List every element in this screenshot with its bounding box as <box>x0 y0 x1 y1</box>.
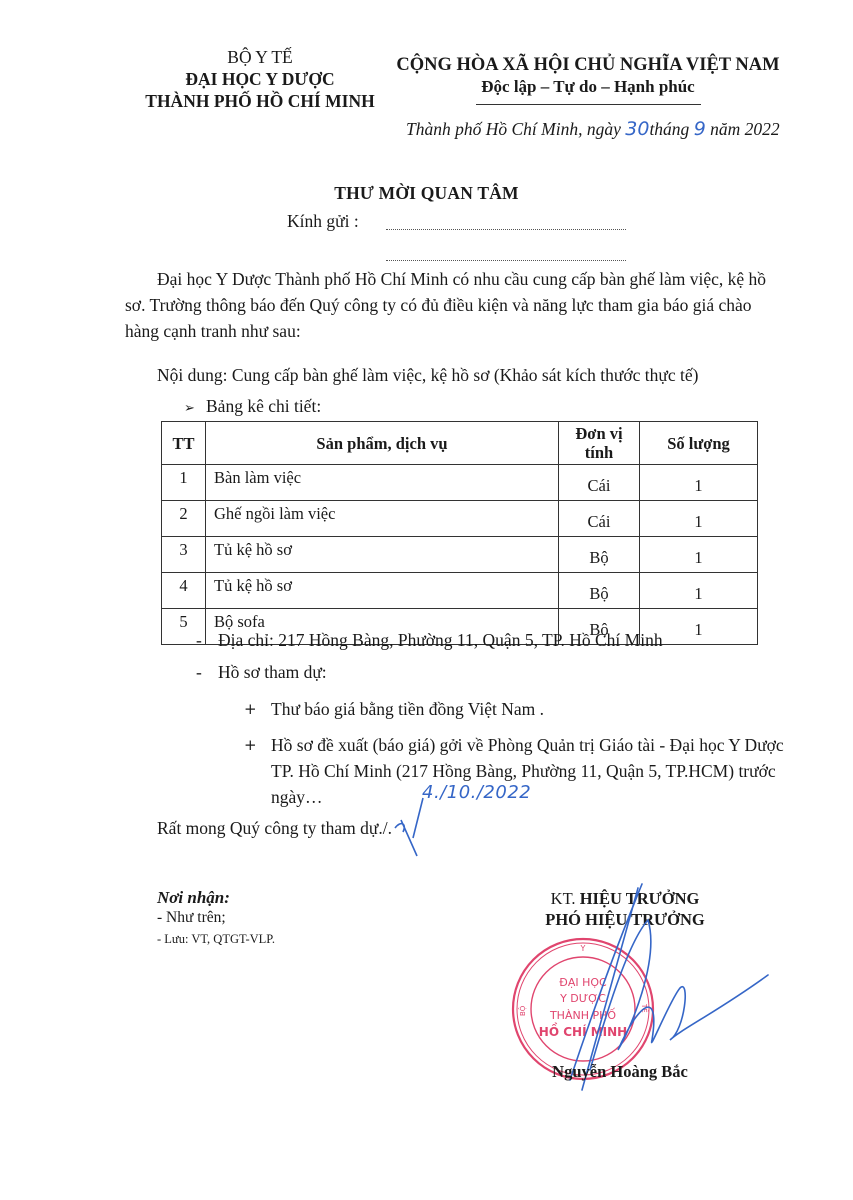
issuing-organization: BỘ Y TẾ ĐẠI HỌC Y DƯỢC THÀNH PHỐ HỒ CHÍ … <box>140 46 380 112</box>
header-tt: TT <box>162 422 206 465</box>
dash-bullet-icon: - <box>196 662 218 683</box>
product-name: Tủ kệ hồ sơ <box>206 573 559 609</box>
table-row: 3Tủ kệ hồ sơBộ1 <box>162 537 758 573</box>
ministry-name: BỘ Y TẾ <box>140 46 380 68</box>
document-sub-item: + Thư báo giá bằng tiền đồng Việt Nam . <box>244 696 784 722</box>
recipients-block: Nơi nhận: - Như trên; - Lưu: VT, QTGT-VL… <box>157 888 275 949</box>
country-name: CỘNG HÒA XÃ HỘI CHỦ NGHĨA VIỆT NAM <box>372 54 804 76</box>
quantity: 1 <box>640 573 758 609</box>
header-quantity: Số lượng <box>640 422 758 465</box>
national-motto: Độc lập – Tự do – Hạnh phúc <box>372 76 804 98</box>
table-row: 4Tủ kệ hồ sơBộ1 <box>162 573 758 609</box>
address-item: -Địa chỉ: 217 Hồng Bàng, Phường 11, Quận… <box>196 630 663 651</box>
recipient-item: - Lưu: VT, QTGT-VLP. <box>157 929 275 949</box>
row-number: 3 <box>162 537 206 573</box>
quantity: 1 <box>640 537 758 573</box>
product-name: Bàn làm việc <box>206 465 559 501</box>
date-line: Thành phố Hồ Chí Minh, ngày 30tháng 9 nă… <box>406 118 780 140</box>
documents-item: -Hồ sơ tham dự: <box>196 662 327 683</box>
unit: Bộ <box>559 573 640 609</box>
table-intro-text: Bảng kê chi tiết: <box>206 396 321 416</box>
initial-mark-icon <box>393 790 443 860</box>
address-text: Địa chỉ: 217 Hồng Bàng, Phường 11, Quận … <box>218 630 663 650</box>
row-number: 4 <box>162 573 206 609</box>
plus-bullet-icon: + <box>244 732 257 758</box>
table-row: 2Ghế ngồi làm việcCái1 <box>162 501 758 537</box>
intro-paragraph: Đại học Y Dược Thành phố Hồ Chí Minh có … <box>125 266 785 344</box>
documents-label: Hồ sơ tham dự: <box>218 662 327 682</box>
month-label: tháng <box>649 119 693 139</box>
recipient-blank-line-1 <box>386 228 626 230</box>
quantity: 1 <box>640 465 758 501</box>
unit: Cái <box>559 465 640 501</box>
table-row: 1Bàn làm việcCái1 <box>162 465 758 501</box>
product-name: Ghế ngồi làm việc <box>206 501 559 537</box>
university-name-line2: THÀNH PHỐ HỒ CHÍ MINH <box>140 90 380 112</box>
document-title: THƯ MỜI QUAN TÂM <box>0 183 853 204</box>
closing-line: Rất mong Quý công ty tham dự./. <box>157 818 392 839</box>
table-header-row: TT Sản phẩm, dịch vụ Đơn vị tính Số lượn… <box>162 422 758 465</box>
table-intro: ➢Bảng kê chi tiết: <box>184 393 321 422</box>
sub-item-text: Thư báo giá bằng tiền đồng Việt Nam . <box>271 696 784 722</box>
unit: Cái <box>559 501 640 537</box>
recipient-item: - Như trên; <box>157 908 275 928</box>
header-product: Sản phẩm, dịch vụ <box>206 422 559 465</box>
product-name: Tủ kệ hồ sơ <box>206 537 559 573</box>
national-header: CỘNG HÒA XÃ HỘI CHỦ NGHĨA VIỆT NAM Độc l… <box>372 54 804 105</box>
arrow-bullet-icon: ➢ <box>184 396 206 422</box>
signer-name: Nguyễn Hoàng Bắc <box>495 1062 745 1082</box>
recipients-heading: Nơi nhận: <box>157 888 275 908</box>
header-unit: Đơn vị tính <box>559 422 640 465</box>
row-number: 1 <box>162 465 206 501</box>
content-line: Nội dung: Cung cấp bàn ghế làm việc, kệ … <box>157 362 698 388</box>
quantity: 1 <box>640 501 758 537</box>
dash-bullet-icon: - <box>196 630 218 651</box>
year-label: năm 2022 <box>706 119 780 139</box>
recipient-blank-line-2 <box>386 259 626 261</box>
plus-bullet-icon: + <box>244 696 257 722</box>
items-table: TT Sản phẩm, dịch vụ Đơn vị tính Số lượn… <box>161 421 758 645</box>
motto-underline <box>476 104 701 105</box>
date-prefix: Thành phố Hồ Chí Minh, ngày <box>406 119 625 139</box>
handwritten-day: 30 <box>625 118 649 140</box>
row-number: 2 <box>162 501 206 537</box>
university-name-line1: ĐẠI HỌC Y DƯỢC <box>140 68 380 90</box>
recipient-label: Kính gửi : <box>287 211 359 232</box>
unit: Bộ <box>559 537 640 573</box>
handwritten-month: 9 <box>694 118 706 140</box>
